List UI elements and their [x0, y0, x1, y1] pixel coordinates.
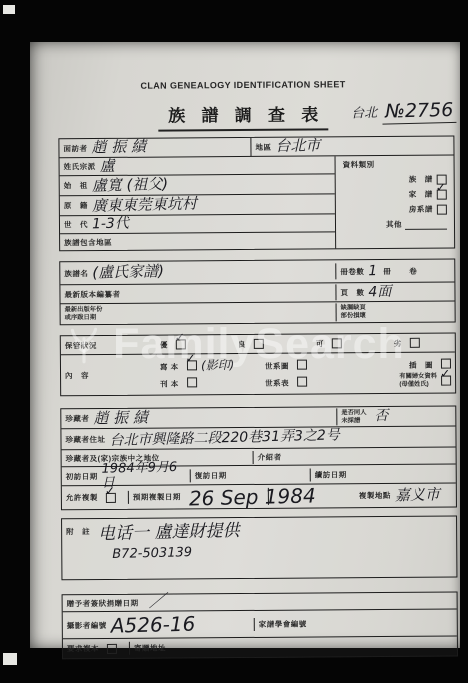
condition-poor-label: 劣	[394, 337, 402, 348]
generations-label: 世 代	[64, 219, 88, 230]
volumes-value: 1	[368, 264, 377, 279]
category-label: 其他	[386, 219, 402, 230]
genealogy-name-value: (盧氏家譜)	[92, 264, 164, 281]
form-content: CLAN GENEALOGY IDENTIFICATION SHEET 族 譜 …	[28, 79, 462, 660]
genealogy-name-row: 族譜名 (盧氏家譜) 冊卷數 1 冊 卷	[60, 260, 454, 285]
women-data-label: 有關婦女資料 (母僅姓氏)	[399, 373, 437, 389]
holder-address-label: 珍藏者住址	[65, 433, 105, 444]
data-category-title: 資料類別	[343, 159, 375, 170]
origin-label: 原 籍	[64, 200, 88, 211]
interviewer-value: 趙 振 績	[91, 139, 146, 156]
donor-date-label: 贈予者簽狀捐贈日期	[67, 597, 139, 609]
origin-row: 原 籍 廣東東莞東坑村	[60, 193, 335, 215]
surname-row: 姓氏宗派 盧	[60, 156, 335, 175]
pages-label: 頁 數	[340, 287, 364, 298]
city-handwritten: 台北	[351, 107, 377, 121]
copy-permission-label: 允許複製	[66, 492, 98, 503]
category-clan-genealogy: 族 譜	[343, 174, 447, 186]
editor-label: 最新版本編纂者	[64, 288, 120, 299]
copy-date-label: 預期複製日期	[133, 491, 181, 502]
form-number-handwritten: 台北 №2756	[352, 102, 457, 125]
english-title: CLAN GENEALOGY IDENTIFICATION SHEET	[28, 79, 458, 92]
condition-excellent-label: 優	[160, 339, 168, 350]
mailing-address-label: 寄贈地址	[134, 643, 166, 654]
checkbox-icon: ✓	[437, 189, 447, 199]
photographer-number-label: 攝影者編號	[67, 619, 107, 630]
photocopy-note: (影印)	[201, 359, 235, 372]
publication-label: 最新出版年份 或序跋日期	[65, 306, 103, 322]
printed-item: 刊 本	[160, 373, 265, 392]
donor-date-mark: ／	[148, 593, 165, 611]
request-copy-label: 要求複本	[67, 643, 99, 654]
checkbox-icon: ✓	[106, 492, 116, 502]
condition-good-label: 良	[238, 338, 246, 349]
checkbox-icon	[332, 338, 342, 348]
contents-label: 內 容	[65, 370, 89, 381]
first-ancestor-label: 始 祖	[64, 180, 88, 191]
generations-value: 1-3代	[92, 217, 129, 233]
category-label: 家 譜	[409, 189, 433, 200]
other-blank-line	[405, 219, 447, 229]
introducer-label: 介紹者	[258, 451, 282, 462]
first-ancestor-row: 始 祖 盧寬 (祖父)	[60, 173, 335, 195]
holder-value: 趙 振 績	[93, 410, 148, 427]
table-holder: 珍藏者 趙 振 績 是否同人 未採譜 否 珍藏者住址 台北市興隆路二段2	[60, 406, 457, 511]
volume-unit2: 卷	[409, 265, 417, 276]
interviewer-label: 面訪者	[63, 143, 87, 154]
checkmark: ✓	[105, 484, 115, 496]
notes-line1: 电话一 盧達財提供	[98, 523, 240, 544]
interviewer-row: 面訪者 趙 振 績 地區 台北市	[59, 137, 453, 158]
copy-place-label: 複製地點	[359, 490, 391, 501]
checkbox-icon: ✓	[187, 360, 197, 370]
notes-phone: B72-503139	[112, 545, 240, 562]
volumes-label: 冊卷數	[340, 266, 364, 277]
donor-date-row: 贈予者簽狀捐贈日期 ／	[63, 593, 457, 612]
editor-row: 最新版本編纂者 頁 數 4面	[60, 282, 454, 304]
pedigree-table-label: 世系表	[265, 379, 289, 388]
table-volume-info: 族譜名 (盧氏家譜) 冊卷數 1 冊 卷 最新版本編纂者 頁 數	[59, 259, 455, 326]
checkbox-icon	[297, 360, 307, 370]
illustrations-item: 插 圖	[360, 355, 451, 374]
checkmark: ✓	[185, 352, 195, 364]
area-label: 地區	[255, 141, 271, 152]
manuscript-item: 寫 本✓ (影印)	[160, 356, 265, 375]
surname-value: 盧	[99, 158, 114, 174]
request-copy-row: 要求複本 寄贈地址	[63, 636, 457, 659]
condition-label: 保管狀況	[65, 340, 97, 351]
area-value: 台北市	[275, 138, 320, 155]
holder-label: 珍藏者	[65, 413, 89, 424]
photographer-number-value: A526-16	[111, 613, 196, 636]
genealogy-name-label: 族譜名	[64, 268, 88, 279]
contents-row: 內 容 寫 本✓ (影印) 世系圖 插 圖	[61, 352, 455, 396]
checkbox-icon	[410, 338, 420, 348]
checkmark: ✓	[436, 181, 446, 193]
women-data-item: 有關婦女資料 (母僅姓氏) ✓	[360, 373, 451, 389]
holder-address-value: 台北市興隆路二段220巷31弄3之2号	[109, 428, 340, 448]
condition-fair-label: 可	[316, 338, 324, 349]
society-number-label: 家譜學會編號	[259, 618, 307, 629]
origin-value: 廣東東莞東坑村	[92, 196, 197, 214]
identification-body: 姓氏宗派 盧 始 祖 盧寬 (祖父) 原 籍 廣東東莞東坑村 世 代	[60, 155, 455, 251]
photo-background: CLAN GENEALOGY IDENTIFICATION SHEET 族 譜 …	[0, 0, 468, 683]
same-person-label: 是否同人 未採譜	[341, 409, 366, 425]
copy-place-value: 嘉义市	[395, 487, 440, 504]
checkbox-icon	[297, 377, 307, 387]
missing-pages-label: 缺漏缺頁 部份損壞	[341, 304, 366, 320]
film-speck-bottom	[3, 653, 17, 665]
table-condition: 保管狀況 優 ✓ 良 可 劣	[60, 333, 456, 397]
pedigree-chart-label: 世系圖	[265, 362, 289, 371]
generations-row: 世 代 1-3代	[60, 213, 335, 233]
holder-address-row: 珍藏者住址 台北市興隆路二段220巷31弄3之2号	[61, 426, 455, 450]
checkbox-icon	[187, 377, 197, 387]
coverage-row: 族譜包含地區	[60, 231, 335, 250]
holder-row: 珍藏者 趙 振 績 是否同人 未採譜 否	[61, 407, 455, 429]
same-person-value: 否	[374, 409, 388, 424]
checkmark: ✓	[440, 368, 450, 380]
surname-label: 姓氏宗派	[64, 161, 96, 172]
document-page: CLAN GENEALOGY IDENTIFICATION SHEET 族 譜 …	[30, 42, 460, 648]
category-branch-genealogy: 房系譜	[343, 204, 447, 216]
category-label: 族 譜	[409, 174, 433, 185]
first-visit-label: 初訪日期	[66, 471, 98, 482]
table-notes: 附 註 电话一 盧達財提供 B72-503139	[61, 516, 457, 581]
printed-label: 刊 本	[160, 379, 179, 388]
table-identification: 面訪者 趙 振 績 地區 台北市 姓氏宗派 盧	[58, 136, 455, 252]
number-handwritten: №2756	[382, 101, 457, 125]
first-ancestor-value: 盧寬 (祖父)	[92, 176, 169, 194]
film-speck-top	[3, 5, 15, 14]
pedigree-chart-item: 世系圖	[265, 355, 360, 374]
manuscript-label: 寫 本	[160, 362, 179, 371]
publication-row: 最新出版年份 或序跋日期 缺漏缺頁 部份損壞	[61, 301, 455, 325]
second-visit-label: 復訪日期	[195, 470, 227, 481]
coverage-label: 族譜包含地區	[64, 236, 112, 247]
followup-visit-label: 續訪日期	[315, 469, 347, 480]
checkmark: ✓	[175, 331, 185, 343]
checkbox-icon	[254, 339, 264, 349]
form-title: 族 譜 調 查 表	[158, 100, 328, 131]
table-filming: 贈予者簽狀捐贈日期 ／ 攝影者編號 A526-16 家譜學會編號 要求複本	[62, 592, 458, 660]
pedigree-table-item: 世系表	[265, 372, 360, 391]
title-row: 族 譜 調 查 表 台北 №2756	[28, 100, 458, 133]
category-label: 房系譜	[409, 204, 433, 215]
category-family-genealogy: 家 譜 ✓	[343, 189, 447, 201]
pages-value: 4面	[368, 284, 391, 299]
volume-unit1: 冊	[383, 265, 391, 276]
notes-label: 附 註	[66, 526, 90, 537]
data-category-box: 資料類別 族 譜 家 譜 ✓ 房系譜	[335, 156, 455, 249]
checkbox-icon: ✓	[441, 376, 451, 386]
checkbox-icon	[437, 204, 447, 214]
checkbox-icon	[107, 643, 117, 653]
photographer-row: 攝影者編號 A526-16 家譜學會編號	[63, 609, 457, 639]
illustrations-label: 插 圖	[409, 361, 433, 370]
copy-date-value: 26 Sep 1984	[189, 485, 316, 509]
checkbox-icon: ✓	[176, 339, 186, 349]
category-other: 其他	[343, 219, 447, 231]
